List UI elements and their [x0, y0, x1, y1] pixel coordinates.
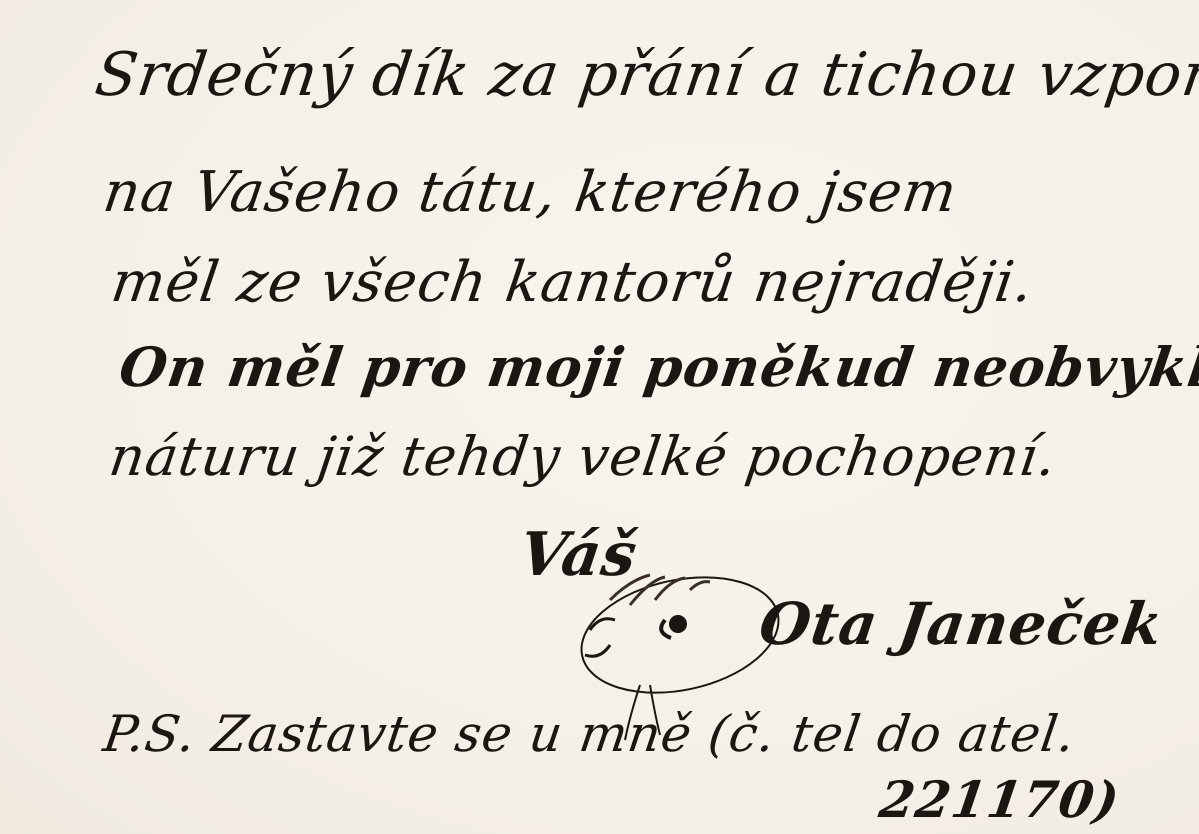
letter-signature: Ota Janeček: [755, 590, 1167, 658]
phone-number: 221170): [876, 770, 1124, 829]
postscript: P.S. Zastavte se u mně (č. tel do atel.: [100, 705, 1079, 763]
letter-line-2: na Vašeho tátu, kterého jsem: [99, 160, 961, 225]
letter-closing: Váš: [515, 520, 642, 590]
letter-line-1: Srdečný dík za přání a tichou vzpomínku: [91, 40, 1199, 110]
letter-line-4: On měl pro moji poněkud neobvyklou: [116, 335, 1199, 399]
letter-line-3: měl ze všech kantorů nejraději.: [107, 250, 1037, 315]
letter-line-5: náturu již tehdy velké pochopení.: [106, 425, 1061, 488]
